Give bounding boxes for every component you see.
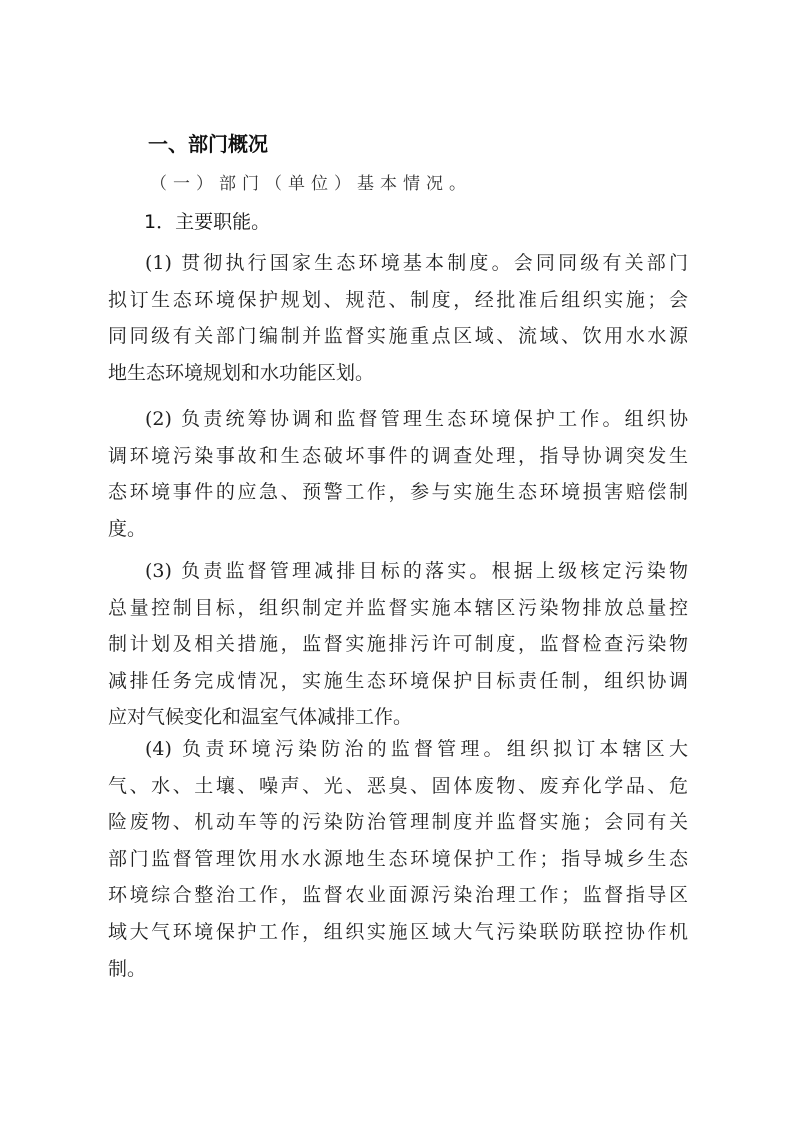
paragraph-line: 度。 <box>108 511 688 548</box>
paragraph-line: (3) 负责监督管理减排目标的落实。根据上级核定污染物 <box>108 553 688 590</box>
paragraph-line: 制计划及相关措施，监督实施排污许可制度，监督检查污染物 <box>108 626 688 663</box>
paragraph-line: 总量控制目标，组织制定并监督实施本辖区污染物排放总量控 <box>108 590 688 627</box>
paragraph-line: (1) 贯彻执行国家生态环境基本制度。会同同级有关部门 <box>108 245 688 282</box>
paragraph-line: 调环境污染事故和生态破坏事件的调查处理，指导协调突发生 <box>108 438 688 475</box>
paragraph-line: 减排任务完成情况，实施生态环境保护目标责任制，组织协调 <box>108 663 688 700</box>
subsection-heading: （一）部门（单位）基本情况。 <box>150 171 472 197</box>
document-page: 一、部门概况 （一）部门（单位）基本情况。 1．主要职能。 (1) 贯彻执行国家… <box>0 0 793 1122</box>
paragraph-3: (3) 负责监督管理减排目标的落实。根据上级核定污染物 总量控制目标，组织制定并… <box>108 553 688 736</box>
paragraph-line: 拟订生态环境保护规划、规范、制度，经批准后组织实施；会 <box>108 282 688 319</box>
paragraph-line: 环境综合整治工作，监督农业面源污染治理工作；监督指导区 <box>108 877 688 914</box>
paragraph-line: 制。 <box>108 951 688 988</box>
paragraph-2: (2) 负责统筹协调和监督管理生态环境保护工作。组织协 调环境污染事故和生态破坏… <box>108 401 688 547</box>
paragraph-line: (4) 负责环境污染防治的监督管理。组织拟订本辖区大 <box>108 731 688 768</box>
paragraph-line: 气、水、土壤、噪声、光、恶臭、固体废物、废弃化学品、危 <box>108 768 688 805</box>
item-heading: 1．主要职能。 <box>144 208 270 236</box>
paragraph-line: 同同级有关部门编制并监督实施重点区域、流域、饮用水水源 <box>108 318 688 355</box>
paragraph-line: 域大气环境保护工作，组织实施区域大气污染联防联控协作机 <box>108 914 688 951</box>
paragraph-line: 态环境事件的应急、预警工作，参与实施生态环境损害赔偿制 <box>108 474 688 511</box>
paragraph-line: 部门监督管理饮用水水源地生态环境保护工作；指导城乡生态 <box>108 841 688 878</box>
paragraph-4: (4) 负责环境污染防治的监督管理。组织拟订本辖区大 气、水、土壤、噪声、光、恶… <box>108 731 688 987</box>
paragraph-line: (2) 负责统筹协调和监督管理生态环境保护工作。组织协 <box>108 401 688 438</box>
section-heading: 一、部门概况 <box>148 130 268 158</box>
paragraph-1: (1) 贯彻执行国家生态环境基本制度。会同同级有关部门 拟订生态环境保护规划、规… <box>108 245 688 391</box>
paragraph-line: 险废物、机动车等的污染防治管理制度并监督实施；会同有关 <box>108 804 688 841</box>
paragraph-line: 地生态环境规划和水功能区划。 <box>108 355 688 392</box>
